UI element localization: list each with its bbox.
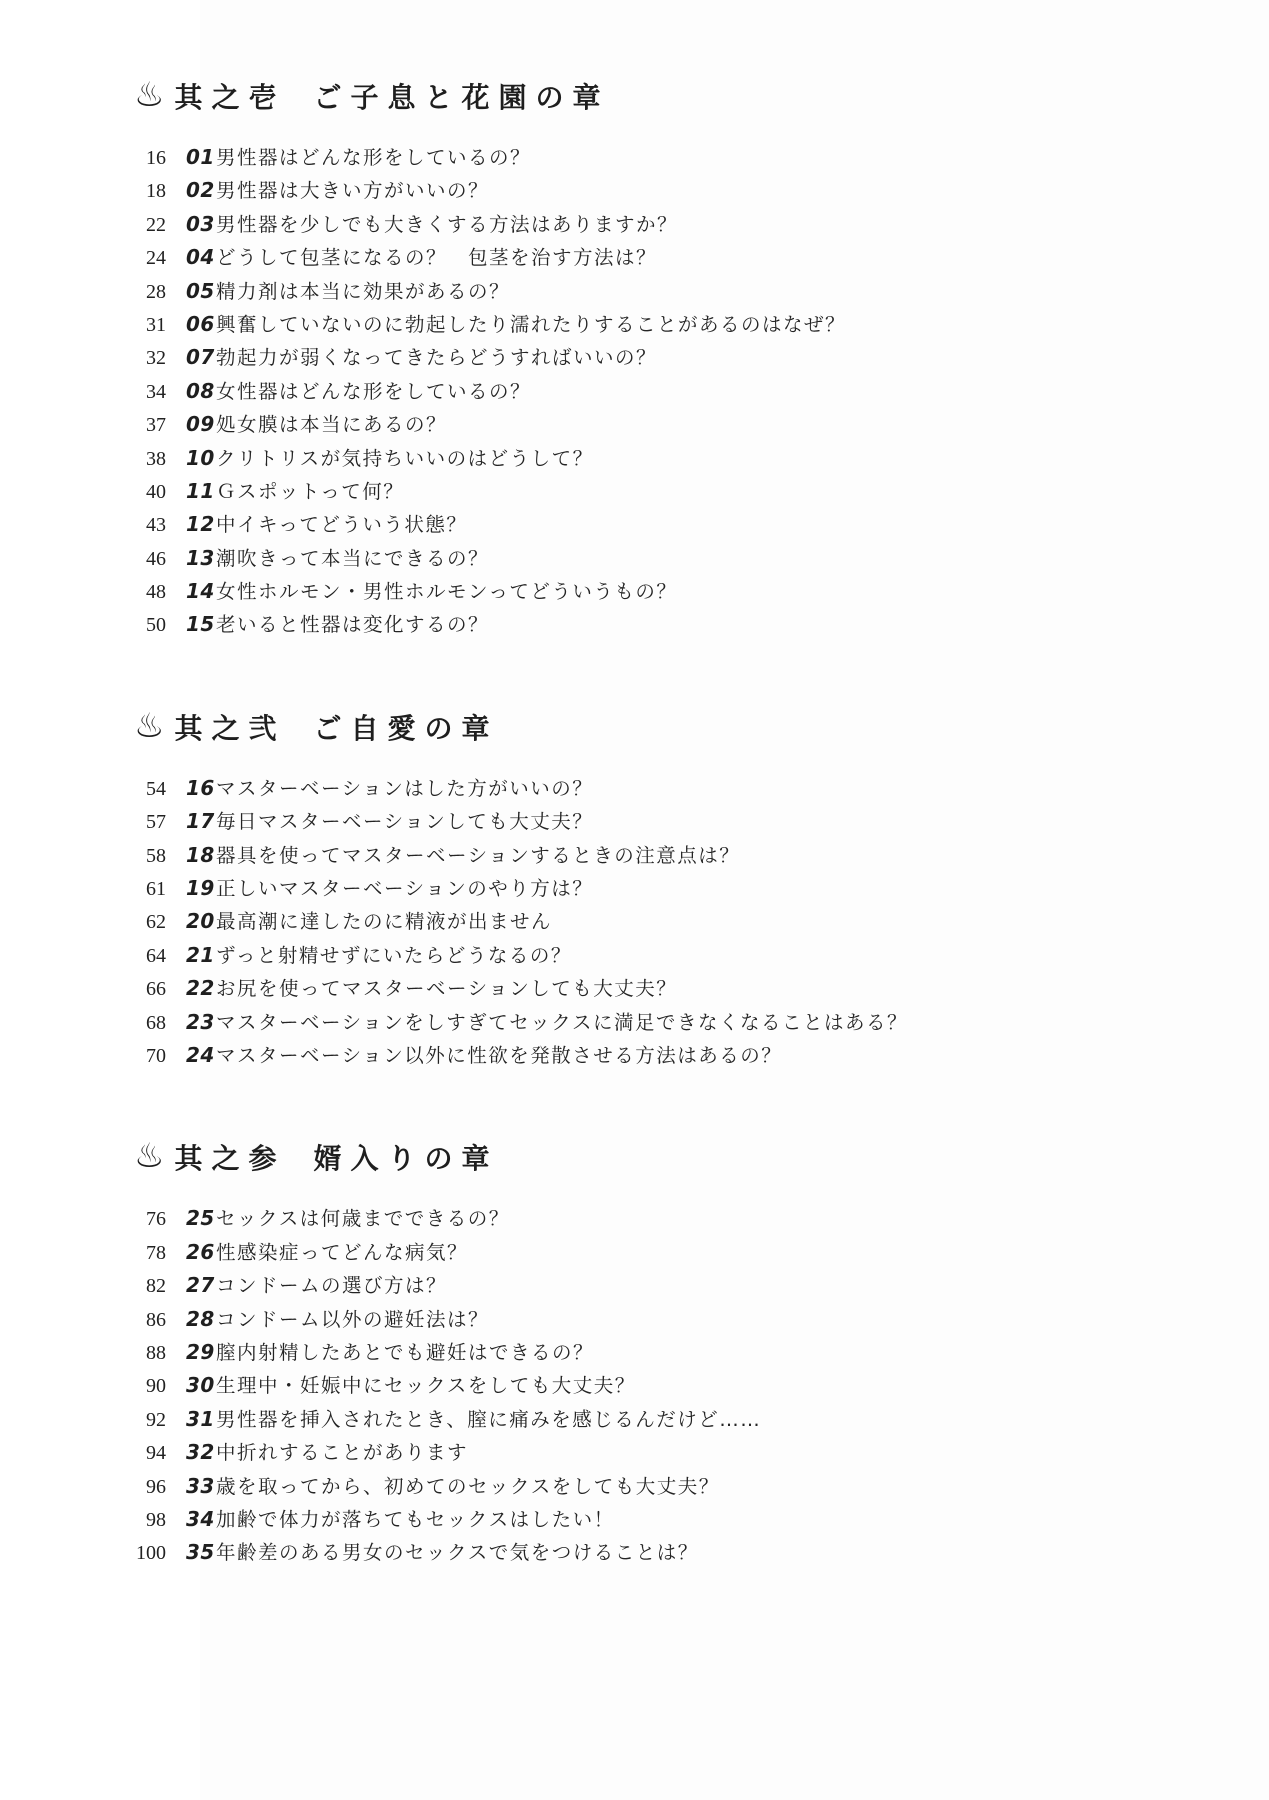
entry-question-number: 32 — [166, 1440, 216, 1464]
chapter-section: ♨ 其之壱 ご子息と花園の章 16 01 男性器はどんな形をしているの？ 18 … — [120, 76, 1209, 643]
chapter-number: 其之壱 — [174, 76, 285, 116]
entry-question-number: 25 — [166, 1206, 216, 1230]
toc-entry: 70 24 マスターベーション以外に性欲を発散させる方法はあるの？ — [120, 1040, 1209, 1073]
toc-entry: 64 21 ずっと射精せずにいたらどうなるの？ — [120, 940, 1209, 973]
entry-question-text: 処女膜は本当にあるの？ — [216, 409, 1209, 437]
entry-question-text: 女性器はどんな形をしているの？ — [216, 376, 1209, 404]
entry-question-text: マスターベーション以外に性欲を発散させる方法はあるの？ — [216, 1040, 1209, 1068]
hot-spring-icon: ♨ — [134, 78, 164, 112]
entry-question-number: 01 — [166, 145, 216, 169]
toc-entry: 40 11 Ｇスポットって何？ — [120, 476, 1209, 509]
entry-page-number: 68 — [120, 1012, 166, 1035]
entry-question-text: マスターベーションをしすぎてセックスに満足できなくなることはある？ — [216, 1007, 1209, 1035]
entry-question-text: お尻を使ってマスターベーションしても大丈夫？ — [216, 973, 1209, 1001]
entry-question-text: 歳を取ってから、初めてのセックスをしても大丈夫？ — [216, 1471, 1209, 1499]
toc-entry: 61 19 正しいマスターベーションのやり方は？ — [120, 873, 1209, 906]
toc-entry: 38 10 クリトリスが気持ちいいのはどうして？ — [120, 443, 1209, 476]
entry-page-number: 90 — [120, 1375, 166, 1398]
toc-entry: 37 09 処女膜は本当にあるの？ — [120, 409, 1209, 442]
entry-page-number: 38 — [120, 448, 166, 471]
entry-question-number: 35 — [166, 1540, 216, 1564]
hot-spring-icon: ♨ — [134, 1139, 164, 1173]
chapter-header: ♨ 其之弐 ご自愛の章 — [134, 707, 1209, 747]
entry-page-number: 96 — [120, 1476, 166, 1499]
entry-page-number: 98 — [120, 1509, 166, 1532]
entry-question-number: 22 — [166, 976, 216, 1000]
toc-entry: 92 31 男性器を挿入されたとき、膣に痛みを感じるんだけど…… — [120, 1404, 1209, 1437]
entry-question-number: 26 — [166, 1240, 216, 1264]
entry-question-number: 14 — [166, 579, 216, 603]
entry-page-number: 86 — [120, 1309, 166, 1332]
toc-entry: 28 05 精力剤は本当に効果があるの？ — [120, 276, 1209, 309]
toc-entry: 43 12 中イキってどういう状態？ — [120, 509, 1209, 542]
entry-question-text: 中イキってどういう状態？ — [216, 509, 1209, 537]
chapter-entry-list: 16 01 男性器はどんな形をしているの？ 18 02 男性器は大きい方がいいの… — [120, 142, 1209, 643]
chapter-number: 其之弐 — [174, 707, 285, 747]
entry-page-number: 64 — [120, 945, 166, 968]
entry-question-number: 27 — [166, 1273, 216, 1297]
entry-page-number: 57 — [120, 811, 166, 834]
toc-entry: 98 34 加齢で体力が落ちてもセックスはしたい！ — [120, 1504, 1209, 1537]
entry-question-number: 28 — [166, 1307, 216, 1331]
entry-question-number: 15 — [166, 612, 216, 636]
entry-page-number: 32 — [120, 347, 166, 370]
toc-entry: 57 17 毎日マスターベーションしても大丈夫？ — [120, 806, 1209, 839]
entry-page-number: 50 — [120, 614, 166, 637]
entry-question-text: 年齢差のある男女のセックスで気をつけることは？ — [216, 1537, 1209, 1565]
entry-question-number: 34 — [166, 1507, 216, 1531]
entry-page-number: 92 — [120, 1409, 166, 1432]
entry-question-text: 器具を使ってマスターベーションするときの注意点は？ — [216, 840, 1209, 868]
entry-question-text: 男性器は大きい方がいいの？ — [216, 175, 1209, 203]
entry-question-number: 33 — [166, 1474, 216, 1498]
entry-question-number: 12 — [166, 512, 216, 536]
entry-question-text: コンドーム以外の避妊法は？ — [216, 1304, 1209, 1332]
entry-question-text: 生理中・妊娠中にセックスをしても大丈夫？ — [216, 1370, 1209, 1398]
chapter-header: ♨ 其之参 婿入りの章 — [134, 1137, 1209, 1177]
entry-question-number: 10 — [166, 446, 216, 470]
toc-entry: 78 26 性感染症ってどんな病気？ — [120, 1237, 1209, 1270]
entry-page-number: 31 — [120, 314, 166, 337]
entry-page-number: 54 — [120, 778, 166, 801]
entry-question-text: クリトリスが気持ちいいのはどうして？ — [216, 443, 1209, 471]
entry-question-text: マスターベーションはした方がいいの？ — [216, 773, 1209, 801]
entry-page-number: 94 — [120, 1442, 166, 1465]
entry-question-text: 加齢で体力が落ちてもセックスはしたい！ — [216, 1504, 1209, 1532]
entry-question-text: 老いると性器は変化するの？ — [216, 609, 1209, 637]
entry-page-number: 16 — [120, 147, 166, 170]
entry-question-number: 08 — [166, 379, 216, 403]
entry-question-number: 19 — [166, 876, 216, 900]
entry-question-text: 正しいマスターベーションのやり方は？ — [216, 873, 1209, 901]
entry-question-text: 男性器はどんな形をしているの？ — [216, 142, 1209, 170]
entry-question-number: 16 — [166, 776, 216, 800]
entry-question-number: 23 — [166, 1010, 216, 1034]
toc-entry: 82 27 コンドームの選び方は？ — [120, 1270, 1209, 1303]
entry-question-number: 21 — [166, 943, 216, 967]
entry-page-number: 78 — [120, 1242, 166, 1265]
entry-question-text: Ｇスポットって何？ — [216, 476, 1209, 504]
entry-page-number: 43 — [120, 514, 166, 537]
toc-entry: 94 32 中折れすることがあります — [120, 1437, 1209, 1470]
toc-entry: 18 02 男性器は大きい方がいいの？ — [120, 175, 1209, 208]
entry-question-text: コンドームの選び方は？ — [216, 1270, 1209, 1298]
toc-entry: 54 16 マスターベーションはした方がいいの？ — [120, 773, 1209, 806]
entry-page-number: 70 — [120, 1045, 166, 1068]
toc-entry: 68 23 マスターベーションをしすぎてセックスに満足できなくなることはある？ — [120, 1007, 1209, 1040]
entry-question-number: 17 — [166, 809, 216, 833]
toc-entry: 50 15 老いると性器は変化するの？ — [120, 609, 1209, 642]
entry-question-text: 膣内射精したあとでも避妊はできるの？ — [216, 1337, 1209, 1365]
entry-question-text: ずっと射精せずにいたらどうなるの？ — [216, 940, 1209, 968]
entry-question-text: 精力剤は本当に効果があるの？ — [216, 276, 1209, 304]
toc-entry: 62 20 最高潮に達したのに精液が出ません — [120, 906, 1209, 939]
chapter-title: 婿入りの章 — [314, 1137, 499, 1177]
toc-entry: 22 03 男性器を少しでも大きくする方法はありますか？ — [120, 209, 1209, 242]
entry-question-number: 31 — [166, 1407, 216, 1431]
entry-page-number: 82 — [120, 1275, 166, 1298]
hot-spring-icon: ♨ — [134, 709, 164, 743]
entry-page-number: 37 — [120, 414, 166, 437]
entry-question-number: 30 — [166, 1373, 216, 1397]
entry-question-number: 24 — [166, 1043, 216, 1067]
chapter-entry-list: 54 16 マスターベーションはした方がいいの？ 57 17 毎日マスターベーシ… — [120, 773, 1209, 1074]
entry-page-number: 58 — [120, 845, 166, 868]
entry-page-number: 34 — [120, 381, 166, 404]
entry-page-number: 62 — [120, 911, 166, 934]
entry-question-text: セックスは何歳までできるの？ — [216, 1203, 1209, 1231]
entry-page-number: 100 — [120, 1542, 166, 1565]
entry-page-number: 61 — [120, 878, 166, 901]
toc-entry: 46 13 潮吹きって本当にできるの？ — [120, 543, 1209, 576]
toc-entry: 24 04 どうして包茎になるの？ 包茎を治す方法は？ — [120, 242, 1209, 275]
entry-page-number: 24 — [120, 247, 166, 270]
toc-entry: 48 14 女性ホルモン・男性ホルモンってどういうもの？ — [120, 576, 1209, 609]
chapter-title: ご子息と花園の章 — [314, 76, 610, 116]
chapter-title: ご自愛の章 — [314, 707, 499, 747]
entry-question-number: 03 — [166, 212, 216, 236]
toc-entry: 66 22 お尻を使ってマスターベーションしても大丈夫？ — [120, 973, 1209, 1006]
toc-entry: 16 01 男性器はどんな形をしているの？ — [120, 142, 1209, 175]
toc-entry: 58 18 器具を使ってマスターベーションするときの注意点は？ — [120, 840, 1209, 873]
entry-question-number: 29 — [166, 1340, 216, 1364]
chapter-header: ♨ 其之壱 ご子息と花園の章 — [134, 76, 1209, 116]
entry-question-number: 13 — [166, 546, 216, 570]
entry-question-number: 05 — [166, 279, 216, 303]
entry-question-number: 02 — [166, 178, 216, 202]
toc-entry: 96 33 歳を取ってから、初めてのセックスをしても大丈夫？ — [120, 1471, 1209, 1504]
entry-question-text: 勃起力が弱くなってきたらどうすればいいの？ — [216, 342, 1209, 370]
entry-question-text: 男性器を挿入されたとき、膣に痛みを感じるんだけど…… — [216, 1404, 1209, 1432]
entry-page-number: 48 — [120, 581, 166, 604]
entry-question-number: 04 — [166, 245, 216, 269]
toc-sections: ♨ 其之壱 ご子息と花園の章 16 01 男性器はどんな形をしているの？ 18 … — [120, 76, 1209, 1571]
entry-page-number: 76 — [120, 1208, 166, 1231]
entry-question-number: 20 — [166, 909, 216, 933]
entry-question-text: 女性ホルモン・男性ホルモンってどういうもの？ — [216, 576, 1209, 604]
entry-question-number: 18 — [166, 843, 216, 867]
entry-page-number: 22 — [120, 214, 166, 237]
toc-page: ♨ 其之壱 ご子息と花園の章 16 01 男性器はどんな形をしているの？ 18 … — [0, 0, 1269, 1800]
entry-question-text: 潮吹きって本当にできるの？ — [216, 543, 1209, 571]
entry-question-text: 男性器を少しでも大きくする方法はありますか？ — [216, 209, 1209, 237]
entry-page-number: 40 — [120, 481, 166, 504]
entry-question-text: どうして包茎になるの？ 包茎を治す方法は？ — [216, 242, 1209, 270]
toc-entry: 90 30 生理中・妊娠中にセックスをしても大丈夫？ — [120, 1370, 1209, 1403]
entry-question-text: 中折れすることがあります — [216, 1437, 1209, 1465]
entry-question-text: 毎日マスターベーションしても大丈夫？ — [216, 806, 1209, 834]
entry-question-text: 性感染症ってどんな病気？ — [216, 1237, 1209, 1265]
entry-question-number: 11 — [166, 479, 216, 503]
toc-entry: 88 29 膣内射精したあとでも避妊はできるの？ — [120, 1337, 1209, 1370]
entry-question-number: 06 — [166, 312, 216, 336]
entry-page-number: 46 — [120, 548, 166, 571]
toc-entry: 86 28 コンドーム以外の避妊法は？ — [120, 1304, 1209, 1337]
entry-question-text: 最高潮に達したのに精液が出ません — [216, 906, 1209, 934]
entry-question-number: 09 — [166, 412, 216, 436]
toc-entry: 34 08 女性器はどんな形をしているの？ — [120, 376, 1209, 409]
chapter-entry-list: 76 25 セックスは何歳までできるの？ 78 26 性感染症ってどんな病気？ … — [120, 1203, 1209, 1570]
entry-page-number: 18 — [120, 180, 166, 203]
chapter-section: ♨ 其之弐 ご自愛の章 54 16 マスターベーションはした方がいいの？ 57 … — [120, 707, 1209, 1074]
chapter-number: 其之参 — [174, 1137, 285, 1177]
toc-entry: 32 07 勃起力が弱くなってきたらどうすればいいの？ — [120, 342, 1209, 375]
toc-entry: 31 06 興奮していないのに勃起したり濡れたりすることがあるのはなぜ？ — [120, 309, 1209, 342]
entry-page-number: 88 — [120, 1342, 166, 1365]
entry-question-text: 興奮していないのに勃起したり濡れたりすることがあるのはなぜ？ — [216, 309, 1209, 337]
entry-page-number: 66 — [120, 978, 166, 1001]
toc-entry: 76 25 セックスは何歳までできるの？ — [120, 1203, 1209, 1236]
entry-question-number: 07 — [166, 345, 216, 369]
toc-entry: 100 35 年齢差のある男女のセックスで気をつけることは？ — [120, 1537, 1209, 1570]
chapter-section: ♨ 其之参 婿入りの章 76 25 セックスは何歳までできるの？ 78 26 性… — [120, 1137, 1209, 1570]
entry-page-number: 28 — [120, 281, 166, 304]
